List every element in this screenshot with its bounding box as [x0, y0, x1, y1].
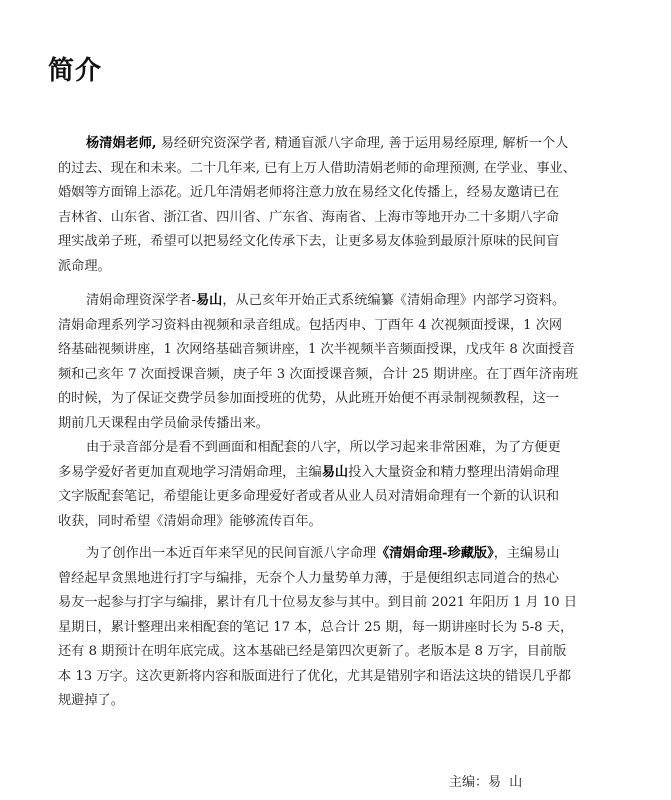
paragraph-line: 杨清娟老师, 易经研究资深学者, 精通盲派八字命理, 善于运用易经原理, 解析一…: [58, 132, 618, 157]
paragraph-line: 派命理。: [58, 255, 618, 280]
paragraph-line: 清娟命理系列学习资料由视频和录音组成。包括丙申、丁酉年 4 次视频面授课，1 次…: [58, 314, 618, 339]
editor-signature: 主编：易 山: [449, 771, 522, 790]
paragraph-line: 曾经起早贪黑地进行打字与编排，无奈个人力量势单力薄，于是便组织志同道合的热心: [58, 567, 618, 592]
paragraph-line: 的时候，为了保证交费学员参加面授班的优势，从此班开始便不再录制视频教程，这一: [58, 387, 618, 412]
paragraph-line: 收获，同时希望《清娟命理》能够流传百年。: [58, 510, 618, 535]
book-title: 《清娟命理-珍藏版》: [376, 546, 494, 561]
paragraph-line: 理实战弟子班，希望可以把易经文化传承下去，让更多易友体验到最原汁原味的民间盲: [58, 230, 618, 255]
paragraph-line: 星期日，累计整理出来相配套的笔记 17 本，总合计 25 期，每一期讲座时长为 …: [58, 616, 618, 641]
paragraph-line: 为了创作出一本近百年来罕见的民间盲派八字命理《清娟命理-珍藏版》，主编易山: [58, 542, 618, 567]
paragraph-line: 期前几天课程由学员偷录传播出来。: [58, 412, 618, 437]
paragraph-line: 婚姻等方面锦上添花。近几年清娟老师将注意力放在易经文化传播上，经易友邀请已在: [58, 181, 618, 206]
editor-name: 易山: [196, 293, 222, 308]
paragraph-line: 文字版配套笔记，希望能让更多命理爱好者或者从业人员对清娟命理有一个新的认识和: [58, 485, 618, 510]
teacher-name: 杨清娟老师,: [86, 136, 157, 151]
signature-name: 易 山: [488, 775, 522, 790]
signature-label: 主编：: [449, 775, 488, 790]
page-title: 简介: [48, 50, 102, 87]
intro-paragraph-teacher: 杨清娟老师, 易经研究资深学者, 精通盲派八字命理, 善于运用易经原理, 解析一…: [58, 132, 618, 279]
paragraph-line: 络基础视频讲座，1 次网络基础音频讲座，1 次半视频半音频面授课，戊戌年 8 次…: [58, 338, 618, 363]
paragraph-line: 易友一起参与打字与编排，累计有几十位易友参与其中。到目前 2021 年阳历 1 …: [58, 591, 618, 616]
intro-paragraph-edition: 为了创作出一本近百年来罕见的民间盲派八字命理《清娟命理-珍藏版》，主编易山 曾经…: [58, 542, 618, 714]
paragraph-line: 本 13 万字。这次更新将内容和版面进行了优化，尤其是错别字和语法这块的错误几乎…: [58, 665, 618, 690]
paragraph-line: 清娟命理资深学者-易山，从己亥年开始正式系统编纂《清娟命理》内部学习资料。: [58, 289, 618, 314]
paragraph-line: 频和己亥年 7 次面授课音频，庚子年 3 次面授课音频，合计 25 期讲座。在丁…: [58, 363, 618, 388]
paragraph-line: 吉林省、山东省、浙江省、四川省、广东省、海南省、上海市等地开办二十多期八字命: [58, 206, 618, 231]
editor-name: 易山: [322, 465, 348, 480]
paragraph-line: 多易学爱好者更加直观地学习清娟命理，主编易山投入大量资金和精力整理出清娟命理: [58, 461, 618, 486]
paragraph-line: 还有 8 期预计在明年底完成。这本基础已经是第四次更新了。老版本是 8 万字，目…: [58, 640, 618, 665]
intro-paragraph-materials: 清娟命理资深学者-易山，从己亥年开始正式系统编纂《清娟命理》内部学习资料。 清娟…: [58, 289, 618, 436]
paragraph-line: 规避掉了。: [58, 689, 618, 714]
paragraph-line: 由于录音部分是看不到画面和相配套的八字，所以学习起来非常困难，为了方便更: [58, 436, 618, 461]
paragraph-line: 的过去、现在和未来。二十几年来, 已有上万人借助清娟老师的命理预测, 在学业、事…: [58, 157, 618, 182]
intro-paragraph-notes: 由于录音部分是看不到画面和相配套的八字，所以学习起来非常困难，为了方便更 多易学…: [58, 436, 618, 534]
